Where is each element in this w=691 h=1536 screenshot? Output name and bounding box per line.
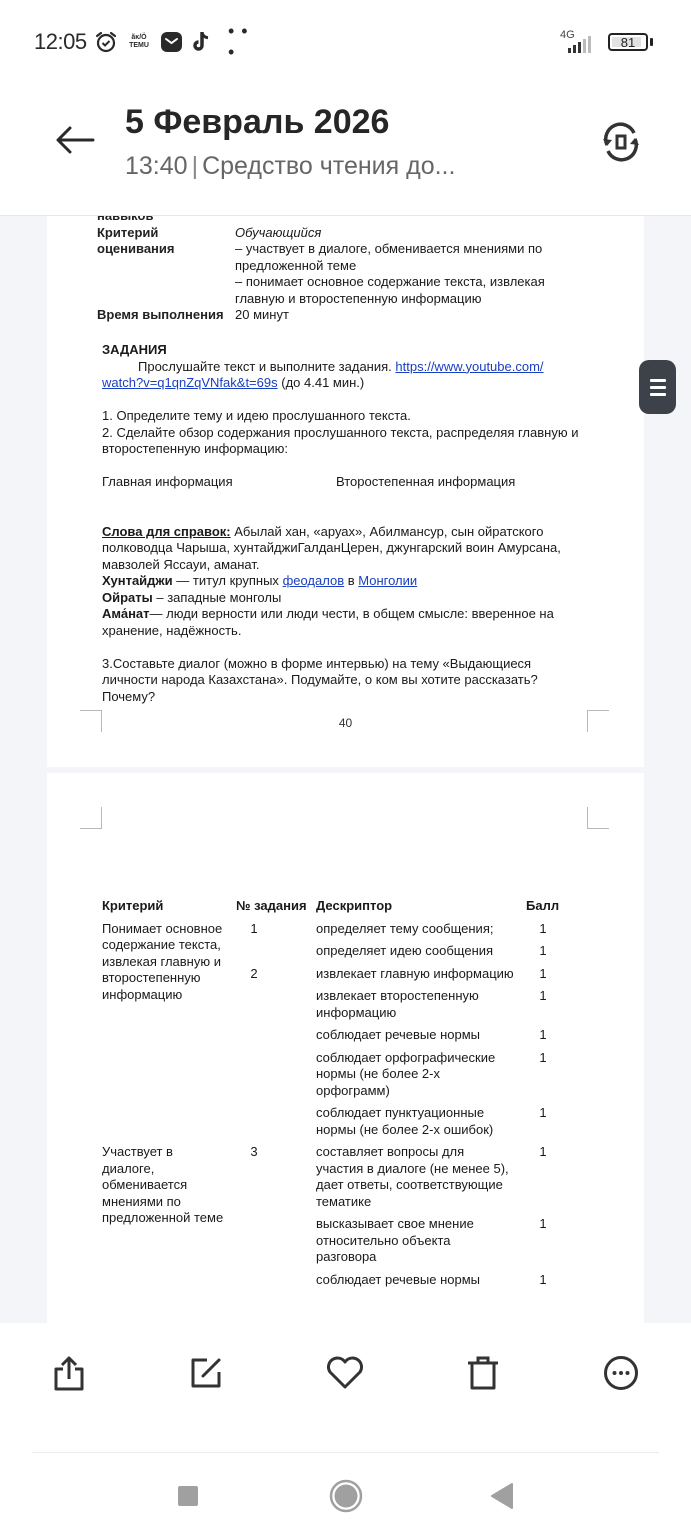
- feudal-link[interactable]: феодалов: [283, 573, 345, 588]
- glossary-item: Ама́нат— люди верности или люди чести, в…: [102, 606, 582, 639]
- temu-label-top: ãĸ/Ö: [131, 34, 146, 42]
- status-bar: 12:05 ãĸ/Ö TEMU • • • 4G 81: [0, 0, 691, 80]
- tiktok-icon: [191, 29, 213, 55]
- table-header: Критерий № задания Дескриптор Балл: [102, 898, 582, 915]
- subtitle-time: 13:40: [125, 152, 188, 180]
- temu-label: TEMU: [129, 42, 149, 50]
- battery-level: 81: [621, 35, 635, 50]
- rotate-button[interactable]: [597, 118, 645, 166]
- glossary-text: титул крупных: [193, 573, 283, 588]
- score-cell: 1: [526, 921, 566, 938]
- score-cell: 1: [526, 988, 566, 1021]
- score-cell: 1: [526, 1272, 566, 1289]
- mongolia-link[interactable]: Монголии: [358, 573, 417, 588]
- header-descriptor: Дескриптор: [316, 898, 526, 915]
- subtitle-source: Средство чтения до...: [202, 152, 455, 180]
- dash: —: [150, 606, 167, 621]
- page-corner-mark: [80, 807, 102, 829]
- criteria-label: Критерий оценивания: [97, 225, 235, 308]
- table-row-group: Участвует в диалоге, обменивается мнения…: [102, 1144, 582, 1294]
- table-row: высказывает свое мнение относительно объ…: [236, 1216, 566, 1266]
- dash: —: [173, 573, 193, 588]
- edit-button[interactable]: [184, 1351, 228, 1395]
- table-body: Понимает основное содержание текста, изв…: [102, 921, 582, 1295]
- page-corner-mark: [587, 807, 609, 829]
- header-score: Балл: [526, 898, 566, 915]
- score-cell: 1: [526, 1144, 566, 1210]
- score-cell: 1: [526, 966, 566, 983]
- heart-icon: [326, 1356, 364, 1390]
- table-row: соблюдает орфографические нормы (не боле…: [236, 1050, 566, 1100]
- cut-off-label: навыков: [97, 215, 235, 225]
- share-icon: [52, 1355, 86, 1391]
- descriptor-cell: соблюдает орфографические нормы (не боле…: [316, 1050, 526, 1100]
- battery-tip: [650, 38, 653, 46]
- task-number-cell: [236, 943, 316, 960]
- table-row: соблюдает речевые нормы1: [236, 1027, 566, 1044]
- duration-label: Время выполнения: [97, 307, 235, 324]
- favorite-button[interactable]: [323, 1351, 367, 1395]
- table-row: 3составляет вопросы для участия в диалог…: [236, 1144, 566, 1210]
- ref-label: Слова для справок:: [102, 524, 231, 539]
- col-main: Главная информация: [102, 474, 336, 491]
- temu-icon: ãĸ/Ö TEMU: [126, 29, 152, 55]
- task-number-cell: [236, 1216, 316, 1266]
- criterion-cell: Участвует в диалоге, обменивается мнения…: [102, 1144, 236, 1294]
- descriptor-cell: определяет идею сообщения: [316, 943, 526, 960]
- table-row: 2извлекает главную информацию1: [236, 966, 566, 983]
- criteria-row: Критерий оценивания Обучающийся – участв…: [97, 225, 567, 308]
- task-number-cell: [236, 1050, 316, 1100]
- table-row: соблюдает речевые нормы1: [236, 1272, 566, 1289]
- duration-note: (до 4.41 мин.): [281, 375, 364, 390]
- mail-icon: [160, 29, 182, 55]
- header: 5 Февраль 2026 13:40|Средство чтения до.…: [0, 80, 691, 215]
- task-1: 1. Определите тему и идею прослушанного …: [102, 408, 582, 425]
- header-criterion: Критерий: [102, 898, 236, 915]
- delete-button[interactable]: [461, 1351, 505, 1395]
- square-icon: [176, 1484, 200, 1508]
- more-notifications-icon: • • •: [228, 29, 258, 55]
- descriptor-cell: извлекает второстепенную информацию: [316, 988, 526, 1021]
- criterion-cell: Понимает основное содержание текста, изв…: [102, 921, 236, 1145]
- criteria-block: навыков Критерий оценивания Обучающийся …: [97, 215, 567, 324]
- task-number-cell: 1: [236, 921, 316, 938]
- task-2: 2. Сделайте обзор содержания прослушанно…: [102, 425, 582, 458]
- header-task-no: № задания: [236, 898, 316, 915]
- info-columns: Главная информацияВторостепенная информа…: [102, 474, 582, 491]
- share-button[interactable]: [47, 1351, 91, 1395]
- status-time: 12:05: [34, 29, 87, 55]
- glossary-item: Хунтайджи — титул крупных феодалов в Мон…: [102, 573, 582, 590]
- score-cell: 1: [526, 1027, 566, 1044]
- duration-row: Время выполнения 20 минут: [97, 307, 567, 324]
- circle-icon: [329, 1479, 363, 1513]
- link-part: watch?v=q1qnZqVNfak&t=69s: [102, 375, 278, 390]
- glossary-term: Хунтайджи: [102, 573, 173, 588]
- task-number-cell: 2: [236, 966, 316, 983]
- document-page: навыков Критерий оценивания Обучающийся …: [47, 215, 644, 767]
- table-row: соблюдает пунктуационные нормы (не более…: [236, 1105, 566, 1138]
- descriptor-cell: составляет вопросы для участия в диалоге…: [316, 1144, 526, 1210]
- glossary-text: в: [344, 573, 358, 588]
- more-button[interactable]: [599, 1351, 643, 1395]
- system-nav-bar: [0, 1453, 691, 1536]
- back-button[interactable]: [52, 120, 98, 160]
- signal-bars: [568, 35, 591, 53]
- recents-button[interactable]: [171, 1479, 205, 1513]
- page-number: 40: [47, 715, 644, 732]
- glossary-text: западные монголы: [167, 590, 281, 605]
- arrow-left-icon: [55, 125, 95, 155]
- descriptor-cell: соблюдает речевые нормы: [316, 1272, 526, 1289]
- task-number-cell: [236, 1105, 316, 1138]
- task-intro: Прослушайте текст и выполните задания. h…: [102, 359, 582, 392]
- descriptor-cell: высказывает свое мнение относительно объ…: [316, 1216, 526, 1266]
- nav-back-button[interactable]: [484, 1479, 518, 1513]
- document-page: Критерий № задания Дескриптор Балл Поним…: [47, 773, 644, 1323]
- criteria-value: Обучающийся – участвует в диалоге, обмен…: [235, 225, 567, 308]
- glossary-text: люди верности или люди чести, в общем см…: [102, 606, 554, 638]
- tasks-section: ЗАДАНИЯ Прослушайте текст и выполните за…: [102, 342, 582, 705]
- task-number-cell: [236, 1272, 316, 1289]
- dash: –: [153, 590, 167, 605]
- alarm-icon: [93, 29, 119, 55]
- glossary-item: Ойраты – западные монголы: [102, 590, 582, 607]
- page-subtitle: 13:40|Средство чтения до...: [125, 152, 455, 181]
- intro-text: Прослушайте текст и выполните задания.: [138, 359, 392, 374]
- criteria-line: – участвует в диалоге, обменивается мнен…: [235, 241, 542, 273]
- criteria-line: – понимает основное содержание текста, и…: [235, 274, 545, 306]
- task-number-cell: [236, 988, 316, 1021]
- subtitle-separator: |: [192, 152, 199, 180]
- duration-value: 20 минут: [235, 307, 567, 324]
- link-part: https://www.youtube.com/: [395, 359, 543, 374]
- descriptor-cell: определяет тему сообщения;: [316, 921, 526, 938]
- trash-icon: [466, 1355, 500, 1391]
- triangle-back-icon: [488, 1482, 514, 1510]
- task-number-cell: 3: [236, 1144, 316, 1210]
- descriptor-cell: соблюдает речевые нормы: [316, 1027, 526, 1044]
- toc-toggle-button[interactable]: [639, 360, 676, 414]
- table-row: извлекает второстепенную информацию1: [236, 988, 566, 1021]
- task-3: 3.Составьте диалог (можно в форме интерв…: [102, 656, 582, 706]
- table-row: определяет идею сообщения1: [236, 943, 566, 960]
- bottom-toolbar: [0, 1323, 691, 1453]
- task-number-cell: [236, 1027, 316, 1044]
- col-secondary: Второстепенная информация: [336, 474, 515, 491]
- descriptor-cell: извлекает главную информацию: [316, 966, 526, 983]
- document-viewer[interactable]: навыков Критерий оценивания Обучающийся …: [0, 215, 691, 1323]
- score-cell: 1: [526, 1105, 566, 1138]
- criteria-line: Обучающийся: [235, 225, 321, 240]
- table-row: 1определяет тему сообщения;1: [236, 921, 566, 938]
- home-button[interactable]: [329, 1479, 363, 1513]
- tasks-heading: ЗАДАНИЯ: [102, 342, 582, 359]
- battery-icon: 81: [608, 33, 648, 51]
- rotate-icon: [600, 121, 642, 163]
- page-title: 5 Февраль 2026: [125, 103, 389, 142]
- glossary-term: Ама́нат: [102, 606, 150, 621]
- score-cell: 1: [526, 1216, 566, 1266]
- edit-icon: [189, 1356, 223, 1390]
- descriptor-cell: соблюдает пунктуационные нормы (не более…: [316, 1105, 526, 1138]
- rubric-table: Критерий № задания Дескриптор Балл Поним…: [102, 898, 582, 1294]
- signal-icon: 4G: [556, 29, 602, 55]
- glossary-term: Ойраты: [102, 590, 153, 605]
- more-icon: [603, 1355, 639, 1391]
- table-row-group: Понимает основное содержание текста, изв…: [102, 921, 582, 1145]
- score-cell: 1: [526, 1050, 566, 1100]
- reference-words: Слова для справок: Абылай хан, «аруах», …: [102, 524, 582, 574]
- score-cell: 1: [526, 943, 566, 960]
